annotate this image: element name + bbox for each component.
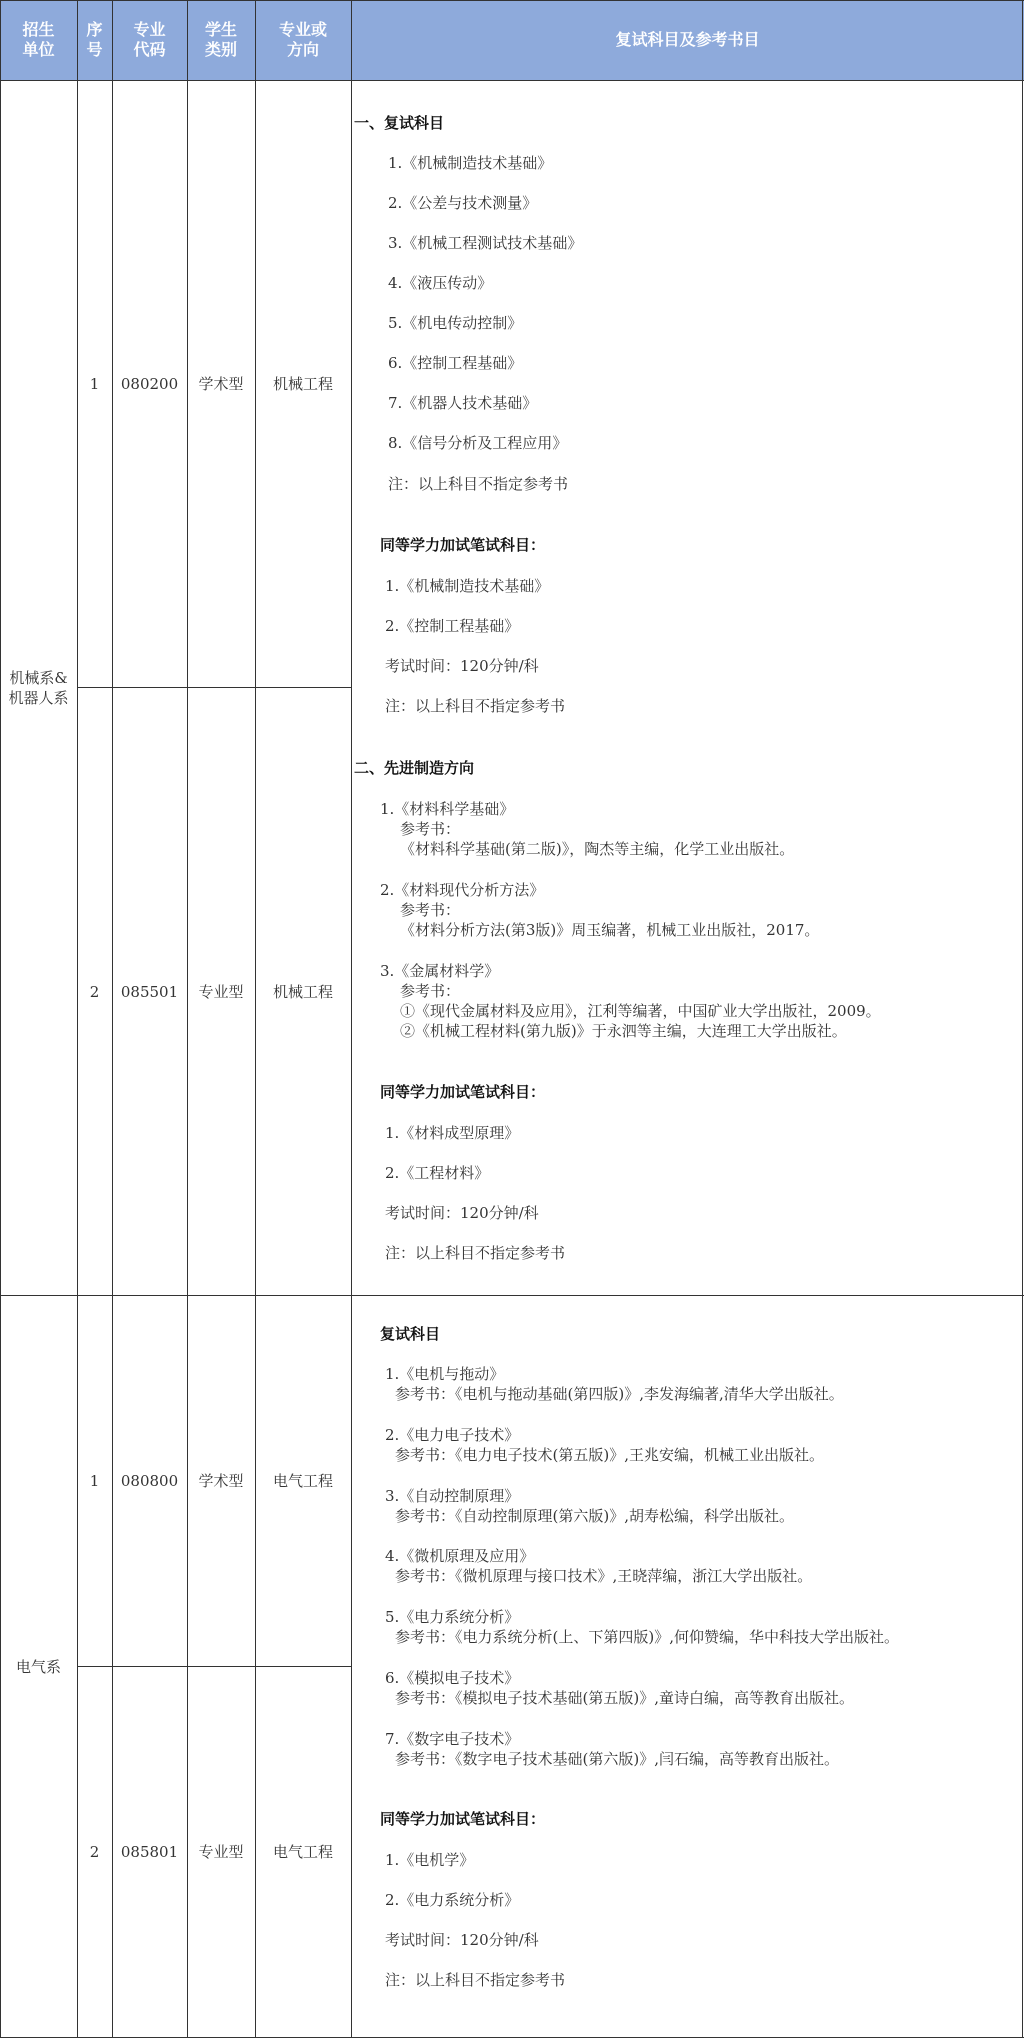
type-cell: 专业型: [187, 1667, 255, 2037]
subject-item: 1.《机械制造技术基础》: [388, 153, 552, 173]
ref-book: ①《现代金属材料及应用》，江利等编著，中国矿业大学出版社，2009。: [400, 1001, 881, 1021]
equivalent-title: 同等学力加试笔试科目：: [380, 535, 545, 555]
ref-label: 参考书：: [400, 819, 460, 839]
exam-time: 考试时间：120分钟/科: [385, 656, 539, 676]
note: 注：以上科目不指定参考书: [388, 474, 568, 494]
section-title: 复试科目: [380, 1324, 440, 1344]
equivalent-title: 同等学力加试笔试科目：: [380, 1082, 545, 1102]
equivalent-item: 1.《机械制造技术基础》: [385, 576, 549, 596]
ref-book: ②《机械工程材料(第九版)》于永泗等主编，大连理工大学出版社。: [400, 1021, 847, 1041]
note: 注：以上科目不指定参考书: [385, 1243, 565, 1263]
exam-time: 考试时间：120分钟/科: [385, 1203, 539, 1223]
subject-item: 2.《材料现代分析方法》: [380, 880, 544, 900]
subject-item: 7.《机器人技术基础》: [388, 393, 537, 413]
subject-item: 2.《电力电子技术》: [385, 1425, 519, 1445]
note: 注：以上科目不指定参考书: [385, 1970, 565, 1990]
subject-item: 8.《信号分析及工程应用》: [388, 433, 567, 453]
ref-book: 参考书：《模拟电子技术基础(第五版)》,童诗白编，高等教育出版社。: [395, 1688, 854, 1708]
section-title: 一、复试科目: [354, 113, 444, 133]
header-major: 专业或 方向: [255, 0, 351, 80]
seq-cell: 2: [77, 1667, 112, 2037]
subject-item: 1.《材料科学基础》: [380, 799, 514, 819]
subject-item: 4.《微机原理及应用》: [385, 1546, 534, 1566]
equivalent-item: 2.《电力系统分析》: [385, 1890, 519, 1910]
subject-item: 7.《数字电子技术》: [385, 1729, 519, 1749]
header-unit: 招生 单位: [0, 0, 77, 80]
type-cell: 学术型: [187, 1296, 255, 1666]
subject-item: 3.《金属材料学》: [380, 961, 499, 981]
subject-item: 1.《电机与拖动》: [385, 1364, 504, 1384]
ref-book: 参考书：《电机与拖动基础(第四版)》,李发海编著,清华大学出版社。: [395, 1384, 844, 1404]
ref-book: 参考书：《电力系统分析(上、下第四版)》,何仰赞编，华中科技大学出版社。: [395, 1627, 899, 1647]
header-seq: 序 号: [77, 0, 112, 80]
code-cell: 080800: [112, 1296, 187, 1666]
header-code: 专业 代码: [112, 0, 187, 80]
subject-item: 6.《控制工程基础》: [388, 353, 522, 373]
section-title: 二、先进制造方向: [354, 758, 474, 778]
seq-cell: 1: [77, 81, 112, 687]
ref-book: 《材料科学基础(第二版)》，陶杰等主编，化学工业出版社。: [400, 839, 794, 859]
major-cell: 电气工程: [255, 1296, 351, 1666]
header-type: 学生 类别: [187, 0, 255, 80]
border-right: [1022, 0, 1023, 2038]
type-cell: 专业型: [187, 688, 255, 1295]
border-bottom: [0, 2037, 1024, 2038]
border-top: [0, 0, 1024, 1]
type-cell: 学术型: [187, 81, 255, 687]
equivalent-item: 2.《控制工程基础》: [385, 616, 519, 636]
subject-item: 5.《机电传动控制》: [388, 313, 522, 333]
subjects-table: 招生 单位 序 号 专业 代码 学生 类别 专业或 方向 复试科目及参考书目 机…: [0, 0, 1024, 2038]
ref-book: 《材料分析方法(第3版)》周玉编著，机械工业出版社，2017。: [400, 920, 819, 940]
note: 注：以上科目不指定参考书: [385, 696, 565, 716]
ref-label: 参考书：: [400, 900, 460, 920]
major-cell: 机械工程: [255, 81, 351, 687]
ref-book: 参考书：《微机原理与接口技术》,王晓萍编，浙江大学出版社。: [395, 1566, 812, 1586]
equivalent-item: 1.《电机学》: [385, 1850, 474, 1870]
unit-cell: 机械系& 机器人系: [0, 81, 77, 1295]
ref-book: 参考书：《自动控制原理(第六版)》,胡寿松编，科学出版社。: [395, 1506, 794, 1526]
subject-item: 6.《模拟电子技术》: [385, 1668, 519, 1688]
code-cell: 085801: [112, 1667, 187, 2037]
ref-label: 参考书：: [400, 981, 460, 1001]
equivalent-title: 同等学力加试笔试科目：: [380, 1809, 545, 1829]
col-divider: [351, 0, 352, 2038]
ref-book: 参考书：《数字电子技术基础(第六版)》,闫石编，高等教育出版社。: [395, 1749, 839, 1769]
ref-book: 参考书：《电力电子技术(第五版)》,王兆安编，机械工业出版社。: [395, 1445, 824, 1465]
exam-time: 考试时间：120分钟/科: [385, 1930, 539, 1950]
subject-item: 2.《公差与技术测量》: [388, 193, 537, 213]
major-cell: 电气工程: [255, 1667, 351, 2037]
seq-cell: 1: [77, 1296, 112, 1666]
unit-cell: 电气系: [0, 1296, 77, 2037]
code-cell: 085501: [112, 688, 187, 1295]
header-subjects: 复试科目及参考书目: [351, 0, 1024, 80]
equivalent-item: 2.《工程材料》: [385, 1163, 489, 1183]
major-cell: 机械工程: [255, 688, 351, 1295]
subject-item: 3.《机械工程测试技术基础》: [388, 233, 582, 253]
subject-item: 3.《自动控制原理》: [385, 1486, 519, 1506]
subject-item: 4.《液压传动》: [388, 273, 492, 293]
subject-item: 5.《电力系统分析》: [385, 1607, 519, 1627]
seq-cell: 2: [77, 688, 112, 1295]
code-cell: 080200: [112, 81, 187, 687]
equivalent-item: 1.《材料成型原理》: [385, 1123, 519, 1143]
